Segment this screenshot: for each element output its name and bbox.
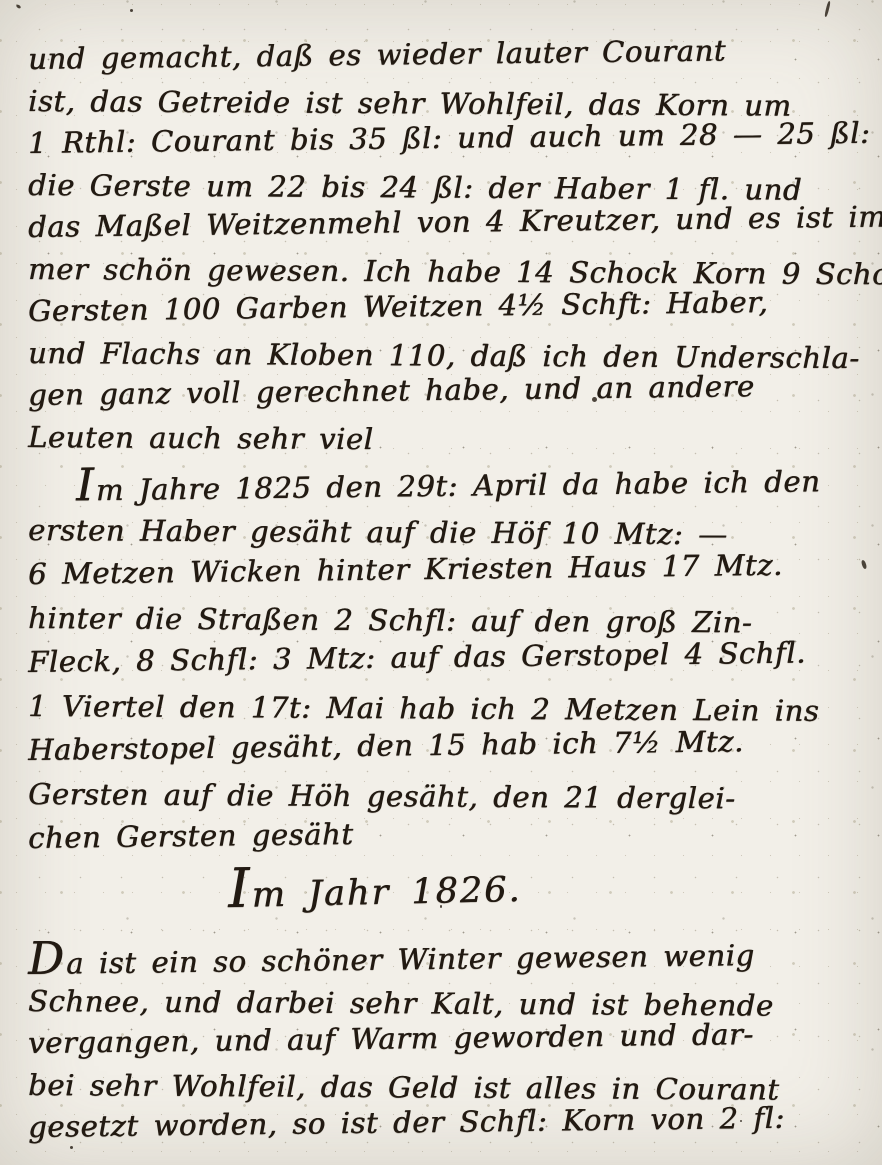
manuscript-line: das Maßel Weitzenmehl von 4 Kreutzer, un… <box>28 196 872 248</box>
manuscript-line: Da ist ein so schöner Winter gewesen wen… <box>28 928 872 980</box>
manuscript-page: und gemacht, daß es wieder lauter Couran… <box>0 0 882 1165</box>
ink-speck <box>440 905 442 908</box>
manuscript-line: gesetzt worden, so ist der Schfl: Korn v… <box>28 1096 872 1148</box>
manuscript-line: Im Jahre 1825 den 29t: April da habe ich… <box>28 454 872 508</box>
paragraph-year-1826-winter: Da ist ein so schöner Winter gewesen wen… <box>28 938 872 1148</box>
ink-speck <box>740 1120 742 1122</box>
manuscript-line: und gemacht, daß es wieder lauter Couran… <box>28 28 872 80</box>
manuscript-line: Fleck, 8 Schfl: 3 Mtz: auf das Gerstopel… <box>28 630 872 684</box>
paragraph-year-1825-sowing: Im Jahre 1825 den 29t: April da habe ich… <box>28 464 872 860</box>
manuscript-line: gen ganz voll gerechnet habe, und an and… <box>28 364 872 416</box>
manuscript-line: vergangen, und auf Warm geworden und dar… <box>28 1012 872 1064</box>
year-heading-1826: Im Jahr 1826. <box>227 851 522 920</box>
manuscript-line: 6 Metzen Wicken hinter Kriesten Haus 17 … <box>28 542 872 596</box>
manuscript-line: Haberstopel gesäht, den 15 hab ich 7½ Mt… <box>28 718 872 772</box>
ink-speck <box>824 1 831 17</box>
ink-speck <box>592 397 597 402</box>
manuscript-line: 1 Rthl: Courant bis 35 ßl: und auch um 2… <box>28 112 872 164</box>
manuscript-line: Gersten 100 Garben Weitzen 4½ Schft: Hab… <box>28 280 872 332</box>
ink-speck <box>16 4 22 9</box>
paragraph-grain-prices: und gemacht, daß es wieder lauter Couran… <box>28 38 872 458</box>
ink-speck <box>70 1146 73 1149</box>
ink-speck <box>130 9 133 12</box>
